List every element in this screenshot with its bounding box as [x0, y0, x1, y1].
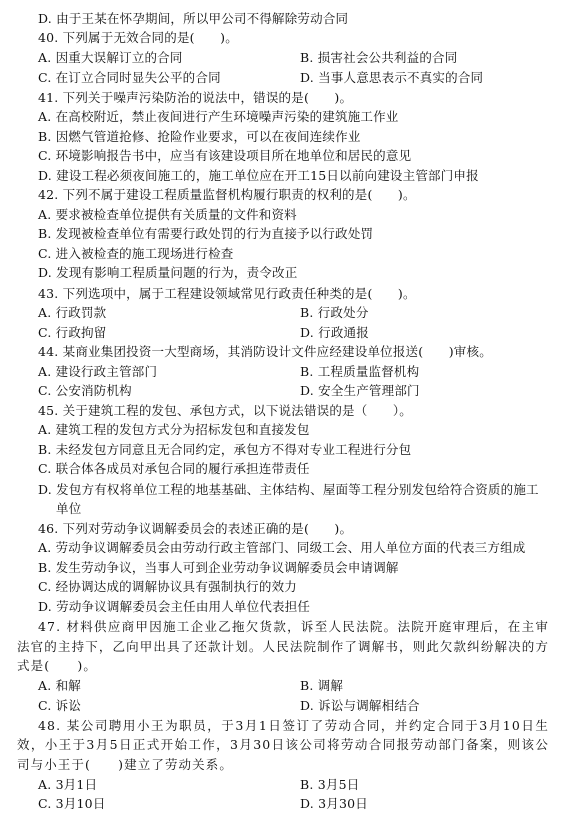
question-41-option-a: A. 在高校附近，禁止夜间进行产生环境噪声污染的建筑施工作业 [38, 107, 398, 129]
question-45-option-a: A. 建筑工程的发包方式分为招标发包和直接发包 [38, 420, 310, 442]
question-48-option-c: C. 3月10日 [38, 794, 106, 814]
question-44-stem: 44. 某商业集团投资一大型商场，其消防设计文件应经建设单位报送( )审核。 [38, 342, 492, 364]
question-45-option-d-continuation: 单位 [56, 499, 81, 521]
question-42-option-b: B. 发现被检查单位有需要行政处罚的行为直接予以行政处罚 [38, 224, 373, 246]
question-46-option-a: A. 劳动争议调解委员会由劳动行政主管部门、同级工会、用人单位方面的代表三方组成 [38, 538, 525, 560]
question-41-option-c: C. 环境影响报告书中，应当有该建设项目所在地单位和居民的意见 [38, 146, 411, 168]
question-42-option-d: D. 发现有影响工程质量问题的行为，责令改正 [38, 263, 297, 285]
question-43-option-b: B. 行政处分 [300, 303, 369, 325]
question-44-option-c: C. 公安消防机构 [38, 381, 132, 403]
exam-page: D. 由于王某在怀孕期间，所以甲公司不得解除劳动合同 40. 下列属于无效合同的… [0, 0, 580, 814]
question-48-stem: 48. 某公司聘用小王为职员，于3月1日签订了劳动合同，并约定合同于3月10日生… [17, 716, 549, 775]
question-43-option-a: A. 行政罚款 [38, 303, 106, 325]
question-40-option-d: D. 当事人意思表示不真实的合同 [300, 68, 483, 90]
question-46-option-d: D. 劳动争议调解委员会主任由用人单位代表担任 [38, 597, 310, 619]
question-45-option-d: D. 发包方有权将单位工程的地基基础、主体结构、屋面等工程分别发包给符合资质的施… [38, 480, 539, 502]
question-40-option-c: C. 在订立合同时显失公平的合同 [38, 68, 221, 90]
question-44-option-d: D. 安全生产管理部门 [300, 381, 420, 403]
question-46-option-c: C. 经协调达成的调解协议具有强制执行的效力 [38, 577, 297, 599]
question-47-option-d: D. 诉讼与调解相结合 [300, 696, 420, 718]
question-45-option-c: C. 联合体各成员对承包合同的履行承担连带责任 [38, 459, 310, 481]
question-40-stem: 40. 下列属于无效合同的是( )。 [38, 28, 238, 50]
question-42-stem: 42. 下列不属于建设工程质量监督机构履行职责的权利的是( )。 [38, 185, 416, 207]
question-48-option-d: D. 3月30日 [300, 794, 368, 814]
question-47-option-c: C. 诉讼 [38, 696, 81, 718]
question-47-stem: 47. 材料供应商甲因施工企业乙拖欠货款，诉至人民法院。法院开庭审理后，在主审法… [17, 617, 549, 676]
